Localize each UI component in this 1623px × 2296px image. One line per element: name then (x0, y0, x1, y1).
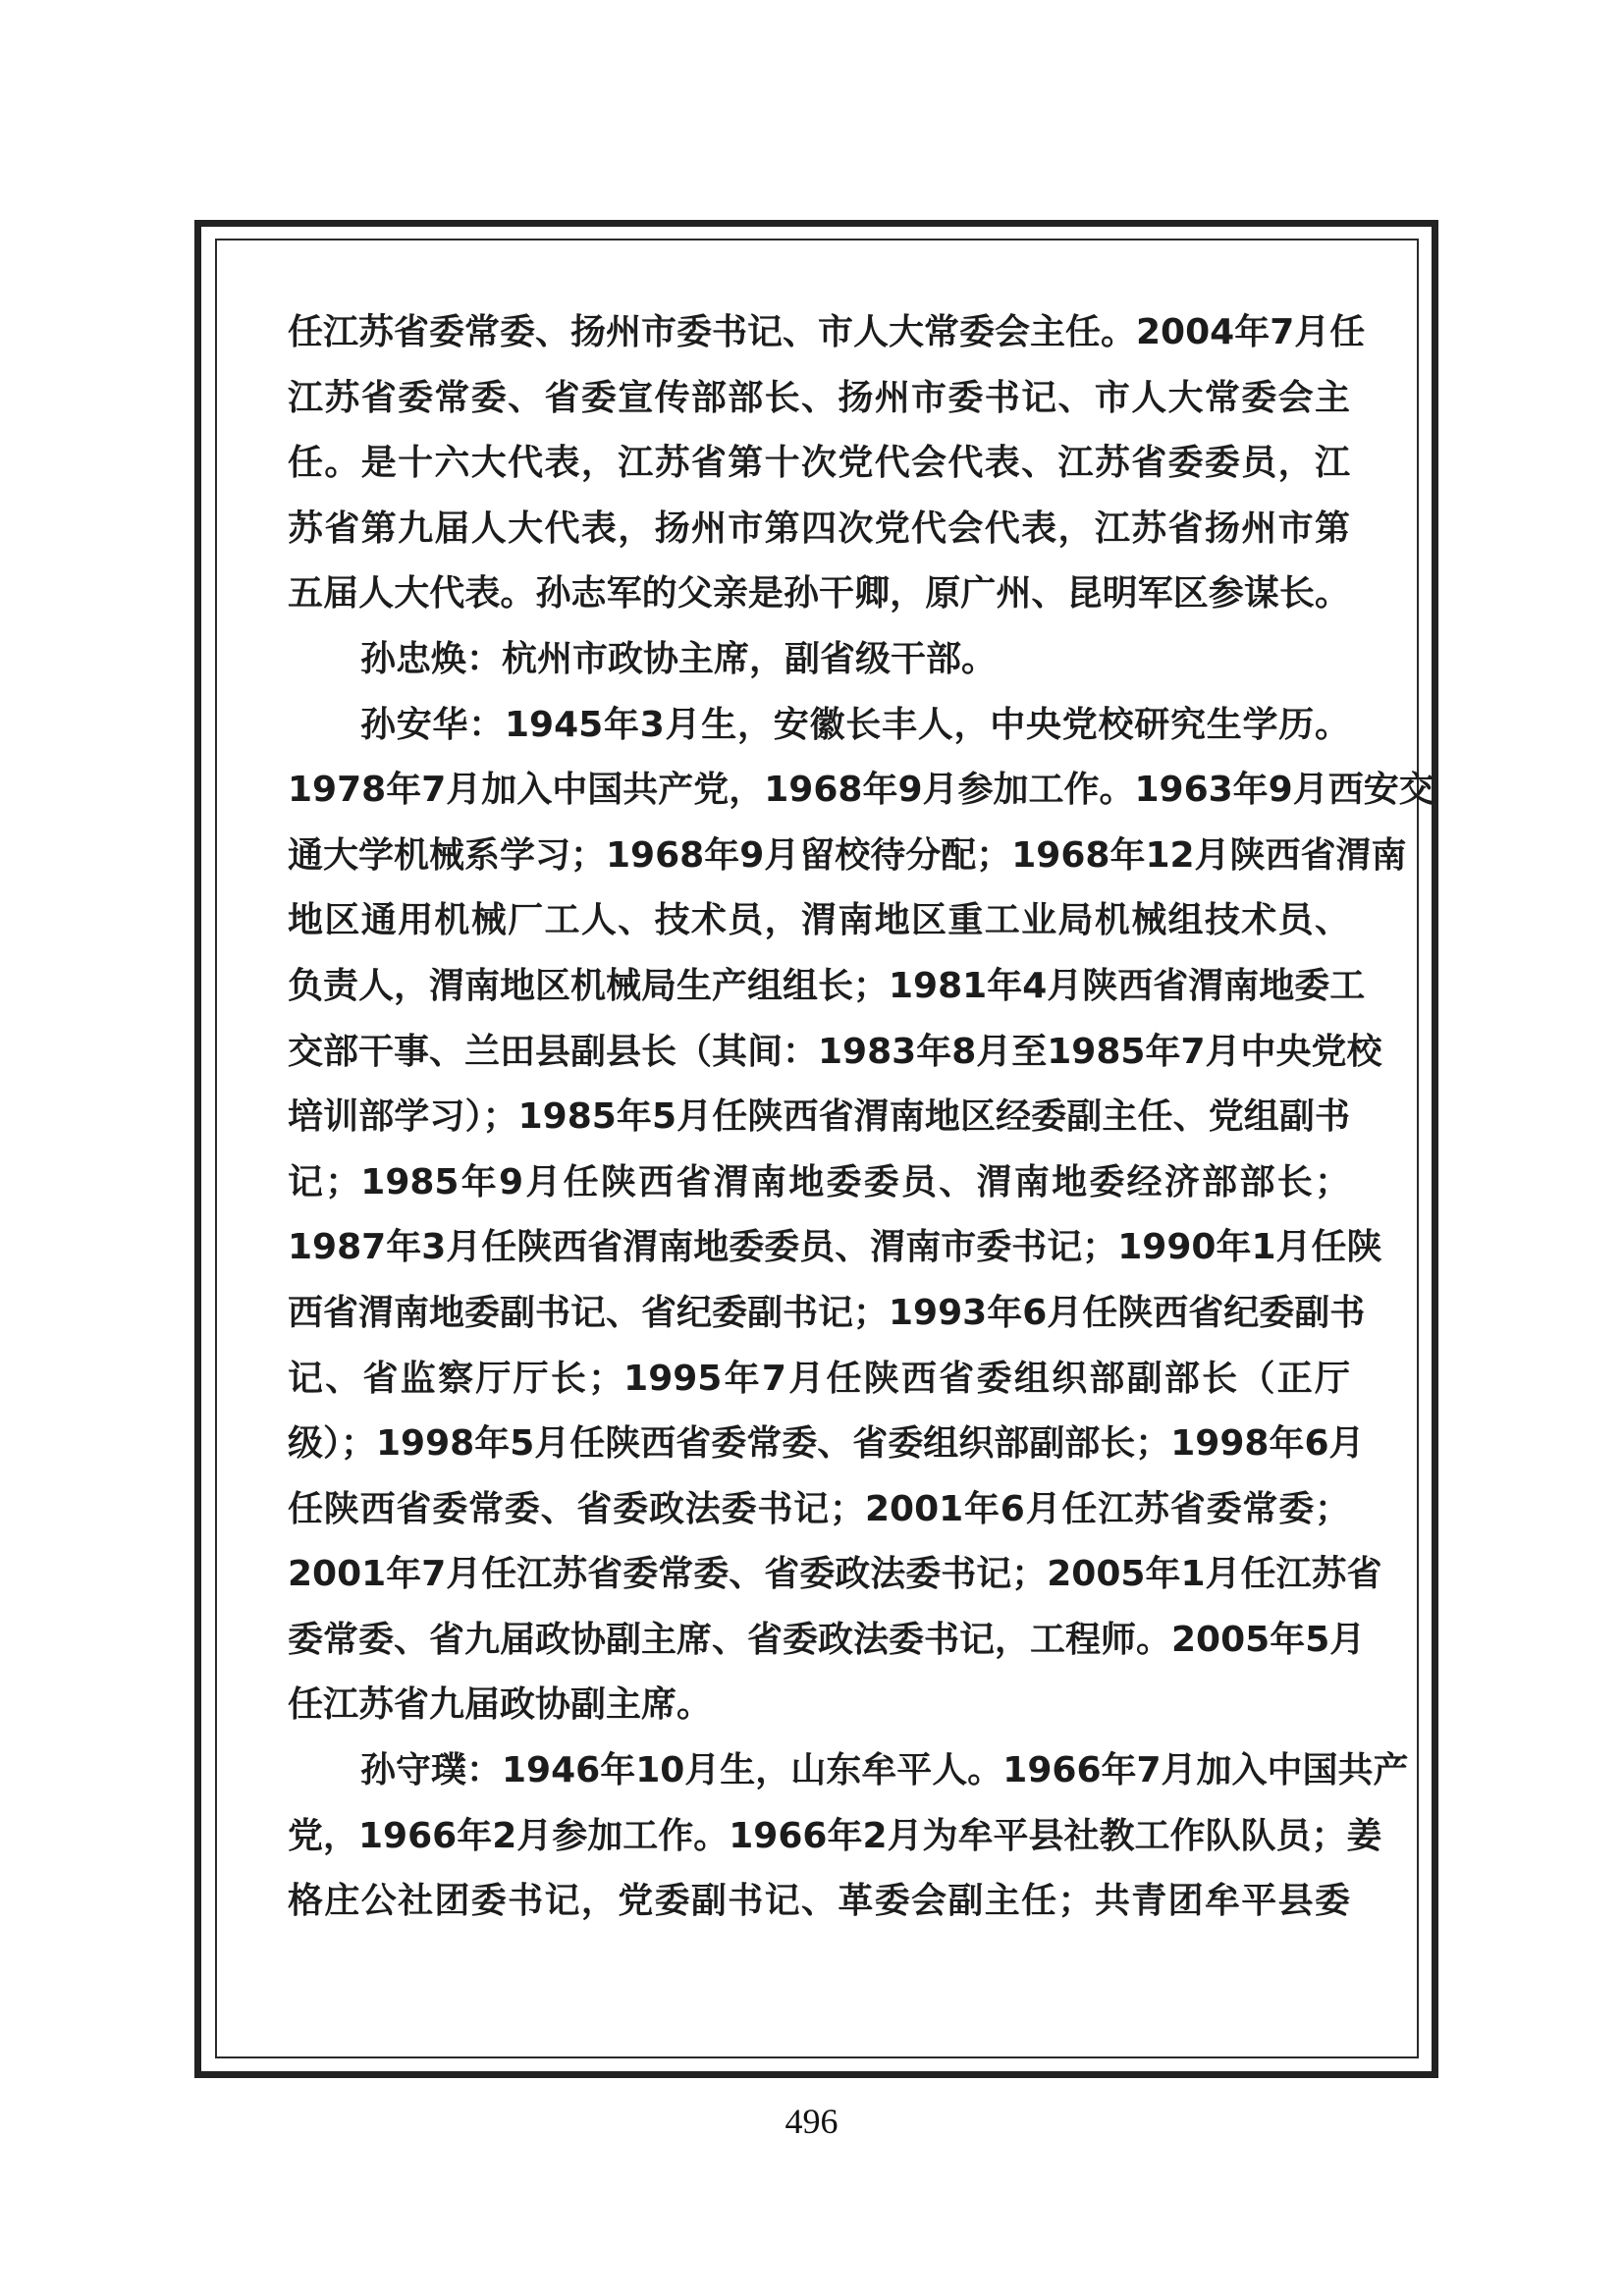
text-line: 任江苏省九届政协副主席。 (288, 1673, 1350, 1738)
text-line: 孙守璞：1946年10月生，山东牟平人。1966年7月加入中国共产 (288, 1738, 1350, 1804)
text-line: 交部干事、兰田县副县长（其间：1983年8月至1985年7月中央党校 (288, 1020, 1350, 1086)
text-line: 记；1985年9月任陕西省渭南地委委员、渭南地委经济部部长； (288, 1150, 1350, 1216)
text-line: 1978年7月加入中国共产党，1968年9月参加工作。1963年9月西安交 (288, 758, 1350, 824)
body-text: 任江苏省委常委、扬州市委书记、市人大常委会主任。2004年7月任 江苏省委常委、… (288, 300, 1350, 1935)
text-line: 格庄公社团委书记，党委副书记、革委会副主任；共青团牟平县委 (288, 1869, 1350, 1935)
text-line: 培训部学习）；1985年5月任陕西省渭南地区经委副主任、党组副书 (288, 1085, 1350, 1150)
page-number: 496 (0, 2101, 1623, 2142)
text-line: 记、省监察厅厅长；1995年7月任陕西省委组织部副部长（正厅 (288, 1347, 1350, 1413)
text-line: 地区通用机械厂工人、技术员，渭南地区重工业局机械组技术员、 (288, 888, 1350, 954)
paragraph-sun-anhua: 孙安华：1945年3月生，安徽长丰人，中央党校研究生学历。 1978年7月加入中… (288, 693, 1350, 1739)
paragraph-sun-zhijun-continued: 任江苏省委常委、扬州市委书记、市人大常委会主任。2004年7月任 江苏省委常委、… (288, 300, 1350, 627)
text-line: 江苏省委常委、省委宣传部部长、扬州市委书记、市人大常委会主 (288, 366, 1350, 432)
text-line: 任陕西省委常委、省委政法委书记；2001年6月任江苏省委常委； (288, 1477, 1350, 1543)
text-line: 委常委、省九届政协副主席、省委政法委书记，工程师。2005年5月 (288, 1608, 1350, 1674)
text-line: 五届人大代表。孙志军的父亲是孙干卿，原广州、昆明军区参谋长。 (288, 561, 1350, 627)
text-line: 任江苏省委常委、扬州市委书记、市人大常委会主任。2004年7月任 (288, 300, 1350, 366)
text-line: 负责人，渭南地区机械局生产组组长；1981年4月陕西省渭南地委工 (288, 954, 1350, 1020)
text-line: 孙安华：1945年3月生，安徽长丰人，中央党校研究生学历。 (288, 693, 1350, 759)
text-line: 苏省第九届人大代表，扬州市第四次党代会代表，江苏省扬州市第 (288, 497, 1350, 562)
text-line: 党，1966年2月参加工作。1966年2月为牟平县社教工作队队员；姜 (288, 1804, 1350, 1870)
text-line: 西省渭南地委副书记、省纪委副书记；1993年6月任陕西省纪委副书 (288, 1281, 1350, 1347)
text-line: 2001年7月任江苏省委常委、省委政法委书记；2005年1月任江苏省 (288, 1542, 1350, 1608)
text-line: 任。是十六大代表，江苏省第十次党代会代表、江苏省委委员，江 (288, 431, 1350, 497)
text-line: 通大学机械系学习；1968年9月留校待分配；1968年12月陕西省渭南 (288, 824, 1350, 889)
text-line: 孙忠焕：杭州市政协主席，副省级干部。 (288, 627, 1350, 693)
text-line: 1987年3月任陕西省渭南地委委员、渭南市委书记；1990年1月任陕 (288, 1215, 1350, 1281)
paragraph-sun-shoupu: 孙守璞：1946年10月生，山东牟平人。1966年7月加入中国共产 党，1966… (288, 1738, 1350, 1935)
text-line: 级）；1998年5月任陕西省委常委、省委组织部副部长；1998年6月 (288, 1412, 1350, 1477)
paragraph-sun-zhonghuan: 孙忠焕：杭州市政协主席，副省级干部。 (288, 627, 1350, 693)
